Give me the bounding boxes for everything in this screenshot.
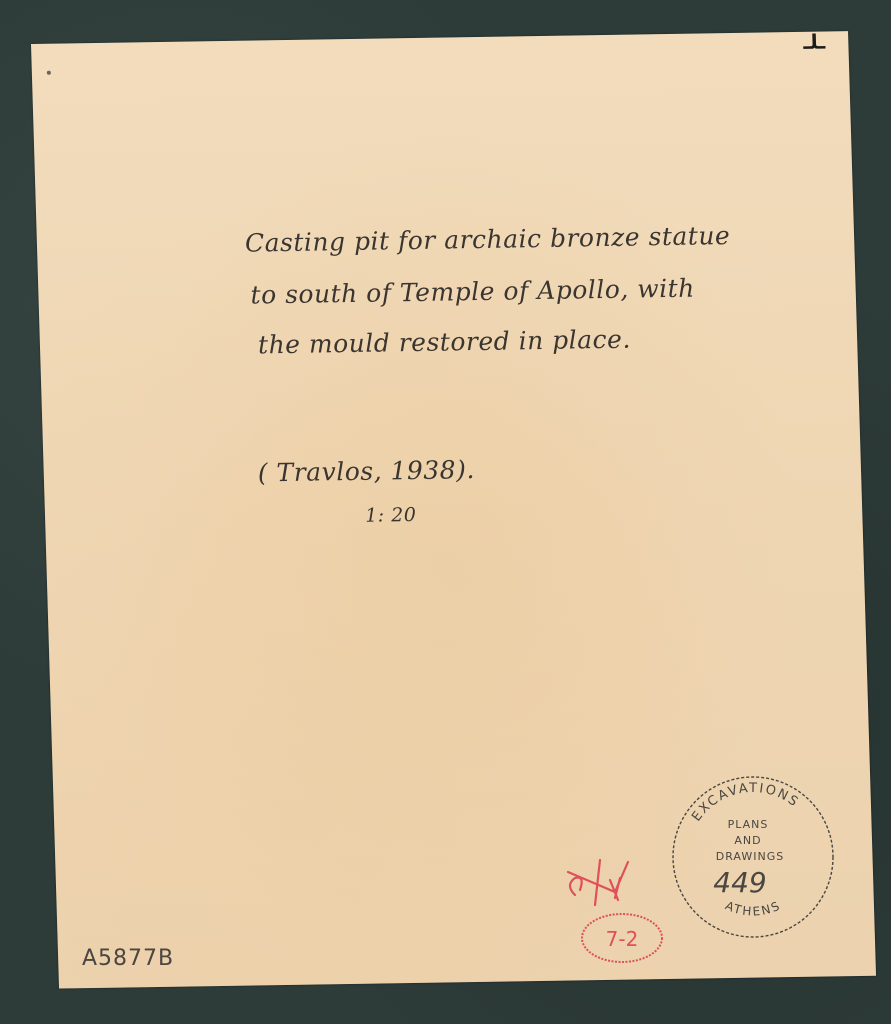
- scale-note: 1: 20: [365, 504, 417, 527]
- stamp-line-drawings: DRAWINGS: [716, 850, 784, 863]
- svg-text:ATHENS: ATHENS: [723, 898, 783, 918]
- card-speck: [47, 71, 51, 75]
- stamp-number: 449: [713, 866, 766, 899]
- red-monogram-icon: [568, 860, 628, 905]
- stamp-line-plans: PLANS: [728, 818, 769, 831]
- red-circled-number: 7-2: [606, 927, 639, 951]
- excavations-stamp: EXCAVATIONS ATHENS PLANS AND DRAWINGS 44…: [668, 772, 838, 942]
- red-monogram-mark: 7-2: [560, 850, 670, 965]
- stamp-ring-bottom: ATHENS: [723, 898, 783, 918]
- accession-number: A5877B: [82, 946, 174, 971]
- caption-line-1: Casting pit for archaic bronze statue: [245, 221, 731, 258]
- corner-ink-mark: ـلـ: [803, 30, 826, 54]
- attribution: ( Travlos, 1938).: [257, 455, 475, 487]
- caption-line-3: the mould restored in place.: [258, 325, 632, 360]
- stamp-line-and: AND: [734, 834, 761, 847]
- caption-line-2: to south of Temple of Apollo, with: [250, 274, 695, 310]
